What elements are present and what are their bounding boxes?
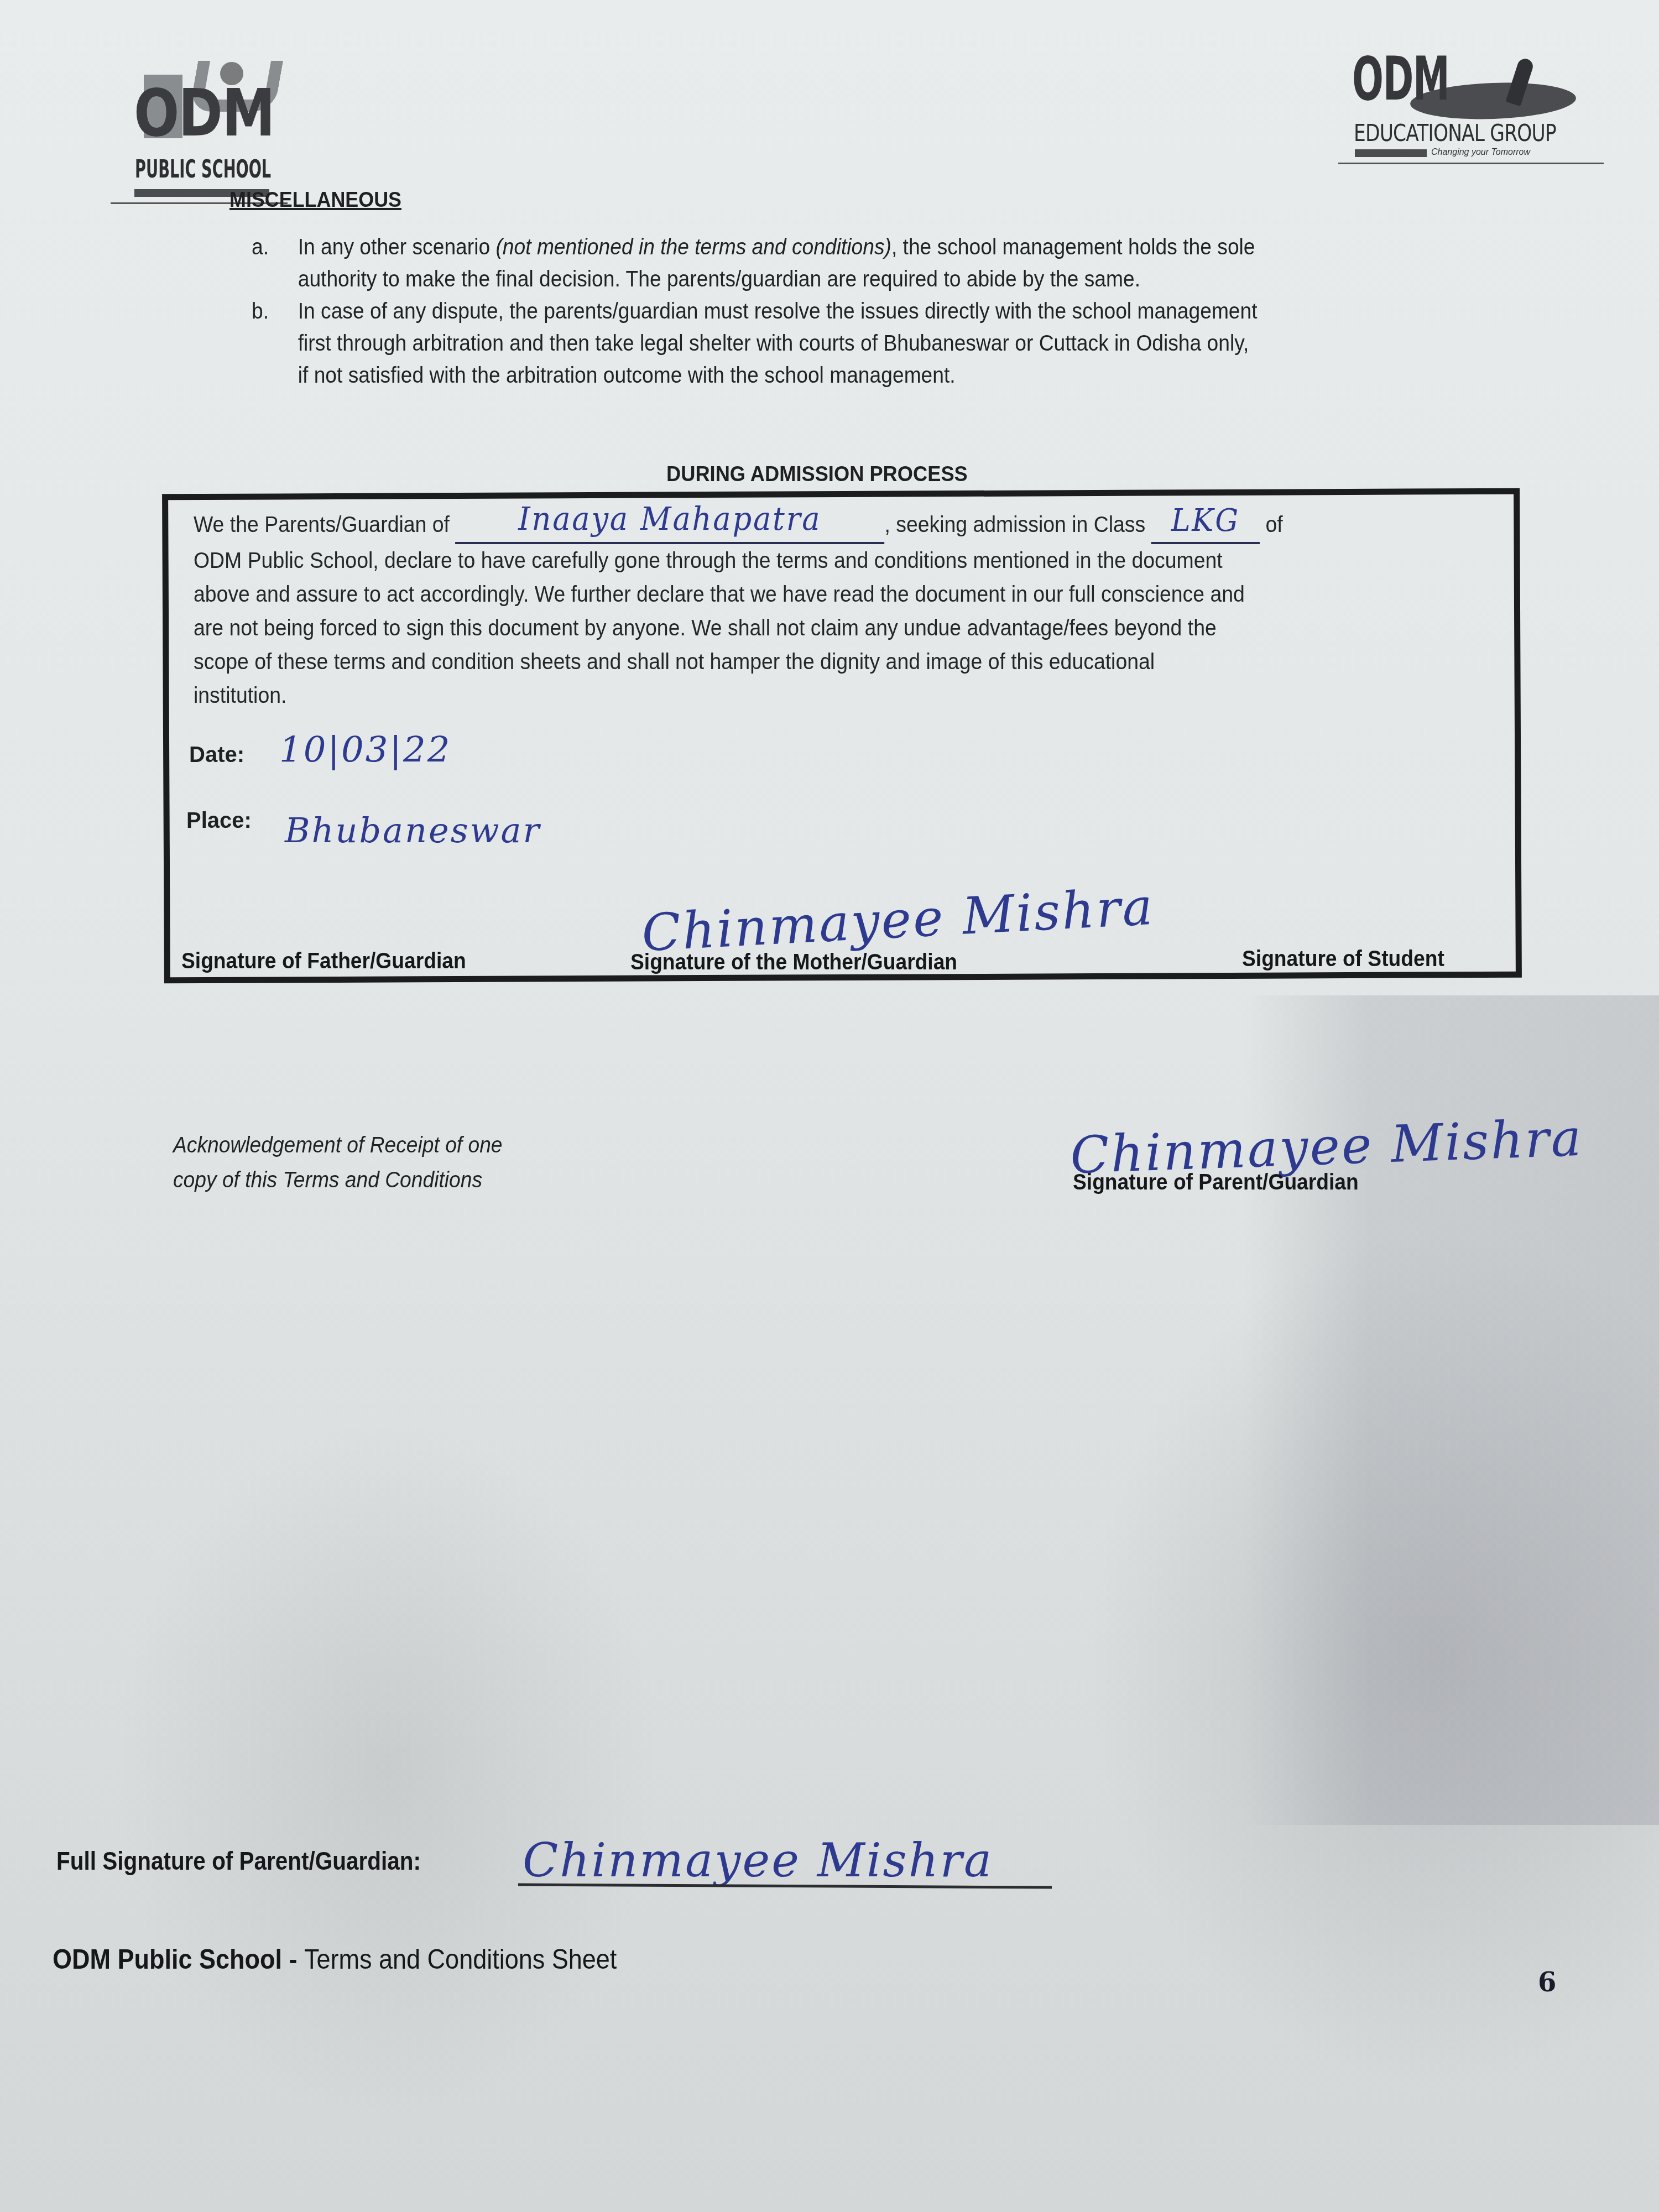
date-label: Date: xyxy=(189,743,244,768)
date-value[interactable]: 10|03|22 xyxy=(279,730,451,771)
logo-left-title: ODM xyxy=(134,80,274,145)
declaration-line-6: institution. xyxy=(194,679,1408,713)
page-number: 6 xyxy=(1538,1967,1556,1998)
odm-public-school-logo: ODM PUBLIC SCHOOL xyxy=(111,28,276,171)
misc-item: a.In any other scenario (not mentioned i… xyxy=(252,231,1537,295)
acknowledgement-text: Acknowledgement of Receipt of one copy o… xyxy=(173,1128,503,1198)
misc-item-line: In case of any dispute, the parents/guar… xyxy=(298,295,1537,327)
logo-right-bar xyxy=(1355,149,1427,157)
misc-item: b.In case of any dispute, the parents/gu… xyxy=(252,295,1537,392)
logo-right-subtitle: EDUCATIONAL GROUP xyxy=(1354,122,1556,145)
logo-left-subtitle: PUBLIC SCHOOL xyxy=(135,158,271,182)
misc-item-line: if not satisfied with the arbitration ou… xyxy=(298,359,1537,392)
declaration-line-5: scope of these terms and condition sheet… xyxy=(194,645,1408,679)
declaration-line-1: We the Parents/Guardian of Inaaya Mahapa… xyxy=(194,504,1408,544)
student-name-field[interactable]: Inaaya Mahapatra xyxy=(455,504,884,544)
misc-item-line: authority to make the final decision. Th… xyxy=(298,263,1537,295)
misc-item-label: a. xyxy=(252,231,269,263)
student-signature-label: Signature of Student xyxy=(1242,947,1444,972)
misc-item-line: first through arbitration and then take … xyxy=(298,327,1537,359)
place-value[interactable]: Bhubaneswar xyxy=(285,810,541,851)
full-signature-value[interactable]: Chinmayee Mishra xyxy=(523,1833,993,1887)
student-name-value: Inaaya Mahapatra xyxy=(518,500,821,538)
logo-right-tagline: Changing your Tomorrow xyxy=(1431,148,1530,158)
declaration-line-2: ODM Public School, declare to have caref… xyxy=(194,544,1408,578)
declaration-line-3: above and assure to act accordingly. We … xyxy=(194,578,1408,612)
parent-signature-label: Signature of Parent/Guardian xyxy=(1073,1170,1359,1195)
logo-right-title: ODM xyxy=(1352,50,1449,109)
odm-educational-group-logo: ODM EDUCATIONAL GROUP Changing your Tomo… xyxy=(1327,39,1615,166)
logo-right-rule xyxy=(1338,163,1604,164)
father-signature-label: Signature of Father/Guardian xyxy=(181,949,466,974)
miscellaneous-list: a.In any other scenario (not mentioned i… xyxy=(252,231,1490,392)
admission-process-heading: DURING ADMISSION PROCESS xyxy=(666,462,968,487)
place-label: Place: xyxy=(186,808,252,833)
misc-item-label: b. xyxy=(252,295,269,327)
declaration-text: We the Parents/Guardian of Inaaya Mahapa… xyxy=(194,504,1493,713)
miscellaneous-heading: MISCELLANEOUS xyxy=(229,188,401,212)
full-signature-label: Full Signature of Parent/Guardian: xyxy=(56,1846,421,1876)
footer-title: ODM Public School - Terms and Conditions… xyxy=(53,1943,617,1975)
declaration-line-4: are not being forced to sign this docume… xyxy=(194,612,1408,645)
class-field[interactable]: LKG xyxy=(1151,505,1260,544)
mother-signature-label: Signature of the Mother/Guardian xyxy=(630,950,957,975)
misc-item-line: In any other scenario (not mentioned in … xyxy=(298,231,1537,263)
class-value: LKG xyxy=(1171,503,1240,539)
